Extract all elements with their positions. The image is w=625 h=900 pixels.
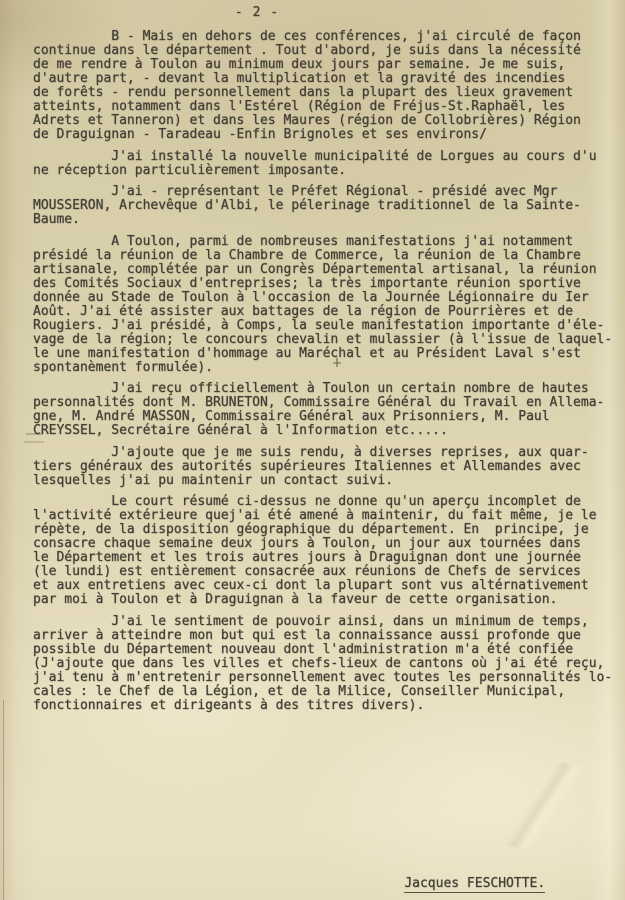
paper-edge-line — [3, 700, 4, 900]
paragraph: A Toulon, parmi de nombreuses manifestat… — [33, 235, 625, 375]
paragraph: J'ai reçu officiellement à Toulon un cer… — [33, 382, 625, 438]
document-body: B - Mais en dehors de ces conférences, j… — [33, 30, 625, 720]
paragraph: J'ai installé la nouvelle municipalité d… — [33, 150, 625, 178]
paragraph: B - Mais en dehors de ces conférences, j… — [33, 30, 625, 142]
paragraph: J'ai - représentant le Préfet Régional -… — [33, 185, 625, 227]
paragraph: J'ajoute que je me suis rendu, à diverse… — [33, 446, 625, 488]
signature-name: Jacques FESCHOTTE. — [404, 877, 545, 893]
signature-block: Jacques FESCHOTTE. — [373, 863, 545, 900]
typewritten-document-page: - 2 - B - Mais en dehors de ces conféren… — [0, 0, 625, 900]
paragraph: Le court résumé ci-dessus ne donne qu'un… — [33, 495, 625, 607]
paragraph: J'ai le sentiment de pouvoir ainsi, dans… — [33, 615, 625, 713]
page-number: - 2 - — [0, 6, 514, 20]
paper-crease — [464, 751, 615, 860]
